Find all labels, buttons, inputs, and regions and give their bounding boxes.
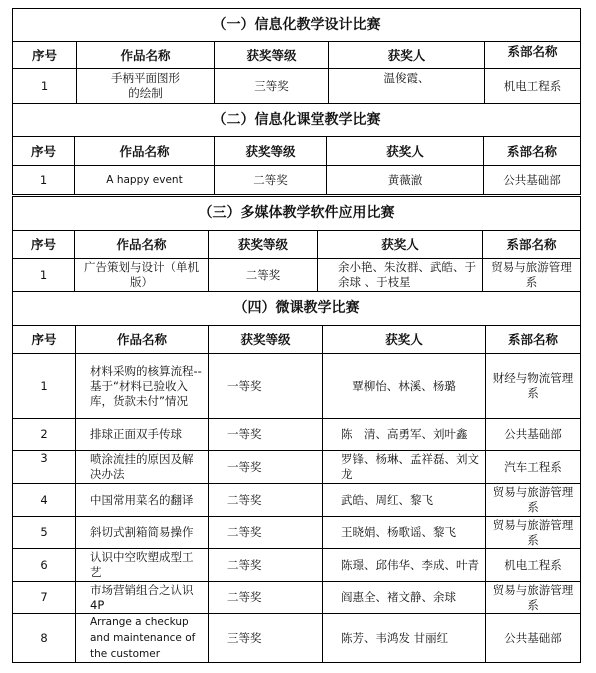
section-info-teaching-design: （一）信息化教学设计比赛 序号 作品名称 获奖等级 获奖人 系部名称 1 手柄平… xyxy=(12,8,580,104)
cell-dept: 贸易与旅游管理系 xyxy=(486,484,581,517)
table-row: 1 广告策划与设计（单机版） 二等奖 余小艳、朱汝群、武皓、于余球 、于枝星 贸… xyxy=(13,259,581,292)
section-title: （二）信息化课堂教学比赛 xyxy=(13,104,581,137)
header-no: 序号 xyxy=(13,326,76,354)
cell-work: A happy event xyxy=(75,166,215,195)
cell-no: 8 xyxy=(13,614,76,663)
cell-work: 材料采购的核算流程--基于“材料已验收入库，货款未付”情况 xyxy=(76,354,209,419)
cell-dept: 公共基础部 xyxy=(486,419,581,451)
awards-table: （三）多媒体教学软件应用比赛 序号 作品名称 获奖等级 获奖人 系部名称 1 广… xyxy=(12,196,581,292)
table-row: 4 中国常用菜名的翻译 二等奖 武皓、周红、黎飞 贸易与旅游管理系 xyxy=(13,484,581,517)
cell-winners: 阎惠全、褚文静、余球 xyxy=(323,582,486,614)
table-row: 8 Arrange a checkup and maintenance of t… xyxy=(13,614,581,663)
table-row: 5 斜切式割箱简易操作 二等奖 王晓娟、杨歌谣、黎飞 贸易与旅游管理系 xyxy=(13,517,581,549)
cell-dept: 贸易与旅游管理系 xyxy=(483,259,581,292)
cell-no: 2 xyxy=(13,419,76,451)
section-title: （四）微课教学比赛 xyxy=(13,292,581,326)
cell-no: 1 xyxy=(13,166,75,195)
cell-work: 认识中空吹塑成型工艺 xyxy=(76,549,209,582)
cell-level: 一等奖 xyxy=(209,451,323,484)
header-level: 获奖等级 xyxy=(209,326,323,354)
header-work: 作品名称 xyxy=(77,42,215,69)
cell-level: 二等奖 xyxy=(209,517,323,549)
cell-no: 6 xyxy=(13,549,76,582)
section-title: （一）信息化教学设计比赛 xyxy=(13,9,581,42)
cell-no: 1 xyxy=(13,354,76,419)
table-row: 1 材料采购的核算流程--基于“材料已验收入库，货款未付”情况 一等奖 覃柳怡、… xyxy=(13,354,581,419)
header-winners: 获奖人 xyxy=(327,137,484,166)
header-work: 作品名称 xyxy=(75,137,215,166)
cell-work: 中国常用菜名的翻译 xyxy=(76,484,209,517)
cell-dept: 公共基础部 xyxy=(484,166,581,195)
cell-dept: 公共基础部 xyxy=(486,614,581,663)
header-dept: 系部名称 xyxy=(484,137,581,166)
cell-no: 7 xyxy=(13,582,76,614)
cell-level: 二等奖 xyxy=(209,582,323,614)
table-row: 7 市场营销组合之认识 4P 二等奖 阎惠全、褚文静、余球 贸易与旅游管理系 xyxy=(13,582,581,614)
header-winners: 获奖人 xyxy=(329,42,485,69)
awards-table: （二）信息化课堂教学比赛 序号 作品名称 获奖等级 获奖人 系部名称 1 A h… xyxy=(12,103,581,195)
cell-no: 3 xyxy=(13,451,76,484)
header-winners: 获奖人 xyxy=(318,231,483,259)
section-info-classroom-teaching: （二）信息化课堂教学比赛 序号 作品名称 获奖等级 获奖人 系部名称 1 A h… xyxy=(12,103,580,195)
cell-dept: 汽车工程系 xyxy=(486,451,581,484)
section-micro-course: （四）微课教学比赛 序号 作品名称 获奖等级 获奖人 系部名称 1 材料采购的核… xyxy=(12,291,580,663)
cell-winners: 覃柳怡、林溪、杨璐 xyxy=(323,354,486,419)
table-row: 1 手柄平面图形 的绘制 三等奖 温俊霞、 机电工程系 xyxy=(13,69,581,104)
header-no: 序号 xyxy=(13,231,75,259)
cell-no: 5 xyxy=(13,517,76,549)
cell-dept: 贸易与旅游管理系 xyxy=(486,582,581,614)
header-work: 作品名称 xyxy=(75,231,209,259)
header-dept: 系部名称 xyxy=(486,326,581,354)
cell-work: 手柄平面图形 的绘制 xyxy=(77,69,215,104)
cell-level: 一等奖 xyxy=(209,354,323,419)
cell-work: 斜切式割箱简易操作 xyxy=(76,517,209,549)
table-row: 1 A happy event 二等奖 黄薇澈 公共基础部 xyxy=(13,166,581,195)
cell-dept: 机电工程系 xyxy=(486,549,581,582)
table-row: 2 排球正面双手传球 一等奖 陈 清、高勇军、刘叶鑫 公共基础部 xyxy=(13,419,581,451)
awards-table: （一）信息化教学设计比赛 序号 作品名称 获奖等级 获奖人 系部名称 1 手柄平… xyxy=(12,8,581,104)
cell-level: 三等奖 xyxy=(209,614,323,663)
cell-work: 市场营销组合之认识 4P xyxy=(76,582,209,614)
cell-work: 排球正面双手传球 xyxy=(76,419,209,451)
cell-dept: 机电工程系 xyxy=(485,69,581,104)
header-level: 获奖等级 xyxy=(209,231,318,259)
awards-document: （一）信息化教学设计比赛 序号 作品名称 获奖等级 获奖人 系部名称 1 手柄平… xyxy=(12,8,580,663)
cell-winners: 陈芳、韦鸿发 甘丽红 xyxy=(323,614,486,663)
cell-no: 1 xyxy=(13,259,75,292)
header-no: 序号 xyxy=(13,137,75,166)
awards-table: （四）微课教学比赛 序号 作品名称 获奖等级 获奖人 系部名称 1 材料采购的核… xyxy=(12,291,581,663)
cell-level: 二等奖 xyxy=(209,549,323,582)
header-winners: 获奖人 xyxy=(323,326,486,354)
header-work: 作品名称 xyxy=(76,326,209,354)
header-no: 序号 xyxy=(13,42,77,69)
section-multimedia-software: （三）多媒体教学软件应用比赛 序号 作品名称 获奖等级 获奖人 系部名称 1 广… xyxy=(12,196,580,292)
cell-level: 二等奖 xyxy=(209,484,323,517)
cell-winners: 余小艳、朱汝群、武皓、于余球 、于枝星 xyxy=(318,259,483,292)
cell-no: 1 xyxy=(13,69,77,104)
cell-winners: 武皓、周红、黎飞 xyxy=(323,484,486,517)
cell-work: 喷涂流挂的原因及解决办法 xyxy=(76,451,209,484)
table-row: 6 认识中空吹塑成型工艺 二等奖 陈璟、邱伟华、李成、叶青 机电工程系 xyxy=(13,549,581,582)
cell-dept: 贸易与旅游管理系 xyxy=(486,517,581,549)
cell-winners: 王晓娟、杨歌谣、黎飞 xyxy=(323,517,486,549)
cell-dept: 财经与物流管理系 xyxy=(486,354,581,419)
header-level: 获奖等级 xyxy=(215,137,327,166)
table-row: 3 喷涂流挂的原因及解决办法 一等奖 罗锋、杨琳、孟祥磊、刘文龙 汽车工程系 xyxy=(13,451,581,484)
cell-level: 一等奖 xyxy=(209,419,323,451)
cell-work: Arrange a checkup and maintenance of the… xyxy=(76,614,209,663)
header-dept: 系部名称 xyxy=(485,42,581,69)
cell-winners: 黄薇澈 xyxy=(327,166,484,195)
section-title: （三）多媒体教学软件应用比赛 xyxy=(13,197,581,231)
cell-no: 4 xyxy=(13,484,76,517)
header-level: 获奖等级 xyxy=(215,42,329,69)
header-dept: 系部名称 xyxy=(483,231,581,259)
cell-winners: 陈璟、邱伟华、李成、叶青 xyxy=(323,549,486,582)
cell-winners: 陈 清、高勇军、刘叶鑫 xyxy=(323,419,486,451)
cell-winners: 罗锋、杨琳、孟祥磊、刘文龙 xyxy=(323,451,486,484)
cell-level: 二等奖 xyxy=(209,259,318,292)
cell-level: 三等奖 xyxy=(215,69,329,104)
cell-work: 广告策划与设计（单机版） xyxy=(75,259,209,292)
cell-level: 二等奖 xyxy=(215,166,327,195)
cell-winners: 温俊霞、 xyxy=(329,69,485,104)
